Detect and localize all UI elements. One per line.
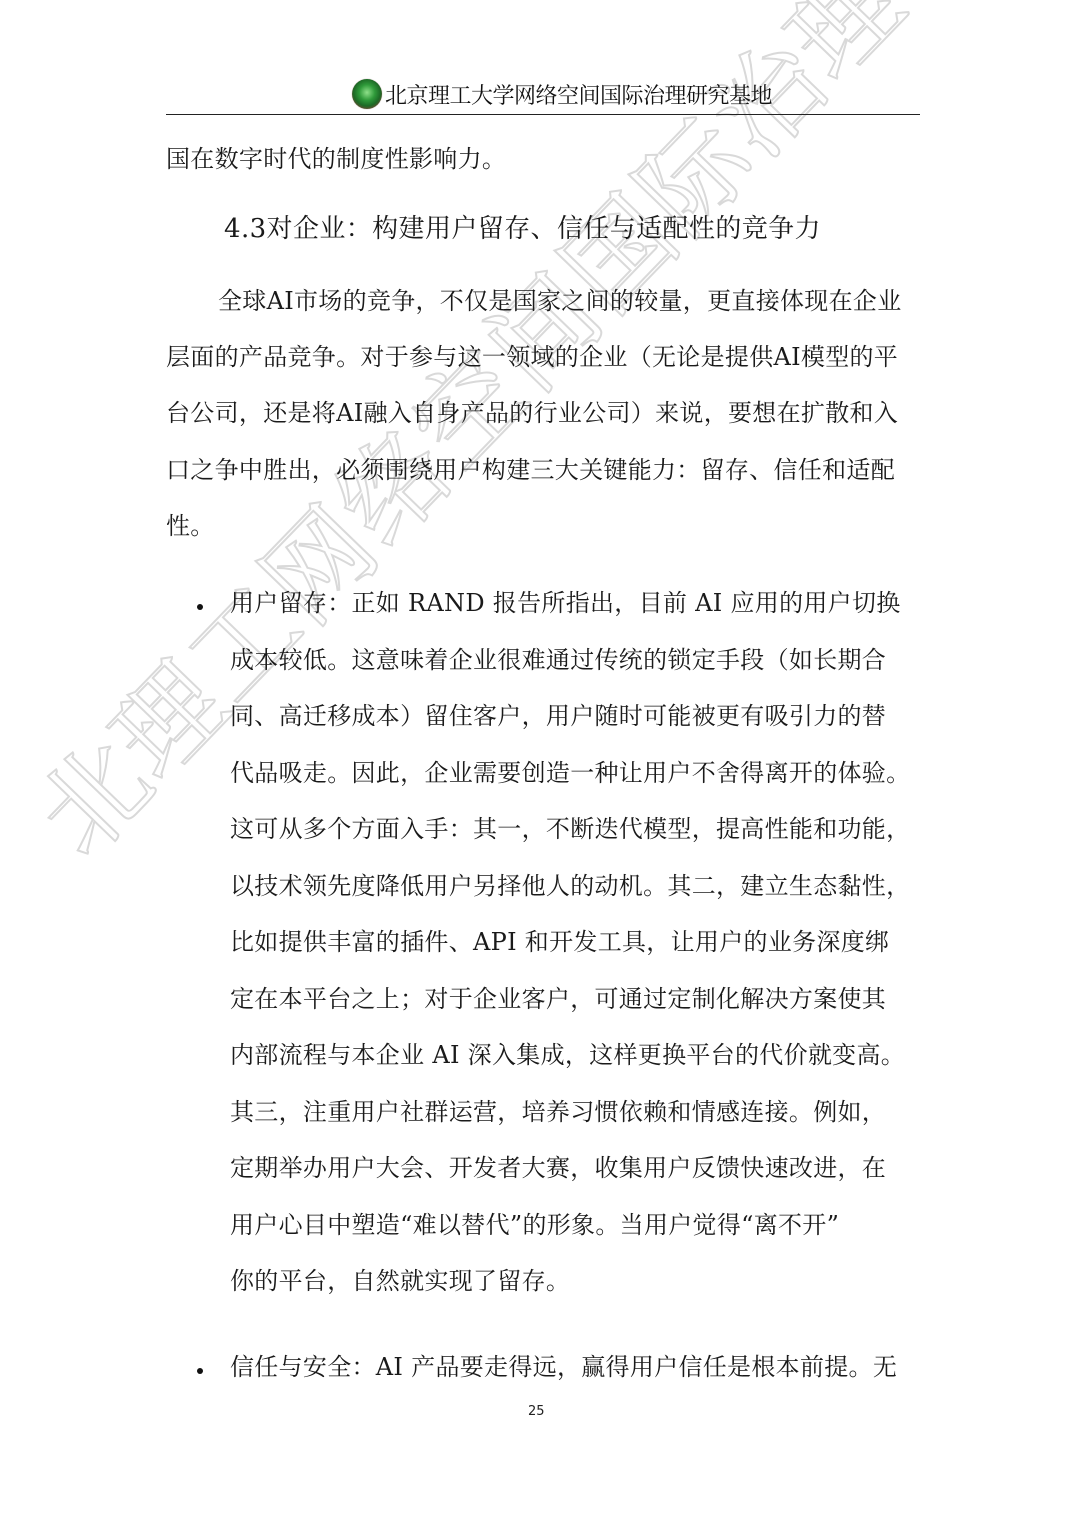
bullet-line: 内部流程与本企业 AI 深入集成，这样更换平台的代价就变高。 (230, 1040, 905, 1070)
page-content: 北京理工大学网络空间国际治理研究基地 国在数字时代的制度性影响力。 4.3对企业… (0, 0, 1080, 1527)
bullet-line: 以技术领先度降低用户另择他人的动机。其二，建立生态黏性， (230, 871, 910, 901)
paragraph-line: 口之争中胜出，必须围绕用户构建三大关键能力：留存、信任和适配 (166, 455, 895, 485)
bullet-line: 成本较低。这意味着企业很难通过传统的锁定手段（如长期合 (230, 645, 886, 675)
continuation-text: 国在数字时代的制度性影响力。 (166, 144, 506, 174)
paragraph-line: 全球AI市场的竞争，不仅是国家之间的较量，更直接体现在企业 (218, 286, 902, 316)
paragraph-line: 性。 (166, 511, 215, 541)
bullet-line: 你的平台，自然就实现了留存。 (230, 1266, 570, 1296)
paragraph-line: 台公司，还是将AI融入自身产品的行业公司）来说，要想在扩散和入 (166, 398, 898, 428)
document-page: 北理工网络空间国际治理研究基地 北京理工大学网络空间国际治理研究基地 国在数字时… (0, 0, 1080, 1527)
header-brand: 北京理工大学网络空间国际治理研究基地 (352, 78, 772, 110)
paragraph-line: 层面的产品竞争。对于参与这一领域的企业（无论是提供AI模型的平 (166, 342, 898, 372)
page-header: 北京理工大学网络空间国际治理研究基地 (166, 76, 920, 115)
bullet-line: 其三，注重用户社群运营，培养习惯依赖和情感连接。例如， (230, 1097, 886, 1127)
bullet-line: 用户留存：正如 RAND 报告所指出，目前 AI 应用的用户切换 (230, 588, 901, 618)
page-number: 25 (528, 1404, 545, 1419)
bullet-line: 定在本平台之上；对于企业客户，可通过定制化解决方案使其 (230, 984, 886, 1014)
university-emblem-icon (352, 79, 382, 109)
bullet-line: 代品吸走。因此，企业需要创造一种让用户不舍得离开的体验。 (230, 758, 910, 788)
bullet-line: 同、高迁移成本）留住客户，用户随时可能被更有吸引力的替 (230, 701, 886, 731)
bullet-line: 这可从多个方面入手：其一，不断迭代模型，提高性能和功能， (230, 814, 910, 844)
bullet-icon (197, 1368, 203, 1374)
bullet-line: 定期举办用户大会、开发者大赛，收集用户反馈快速改进，在 (230, 1153, 886, 1183)
header-title: 北京理工大学网络空间国际治理研究基地 (385, 79, 772, 110)
bullet-icon (197, 604, 203, 610)
bullet-line: 比如提供丰富的插件、API 和开发工具，让用户的业务深度绑 (230, 927, 889, 957)
section-heading: 4.3对企业：构建用户留存、信任与适配性的竞争力 (224, 212, 821, 246)
bullet-line: 用户心目中塑造“难以替代”的形象。当用户觉得“离不开” (230, 1210, 839, 1240)
bullet-line: 信任与安全：AI 产品要走得远，赢得用户信任是根本前提。无 (230, 1352, 897, 1382)
